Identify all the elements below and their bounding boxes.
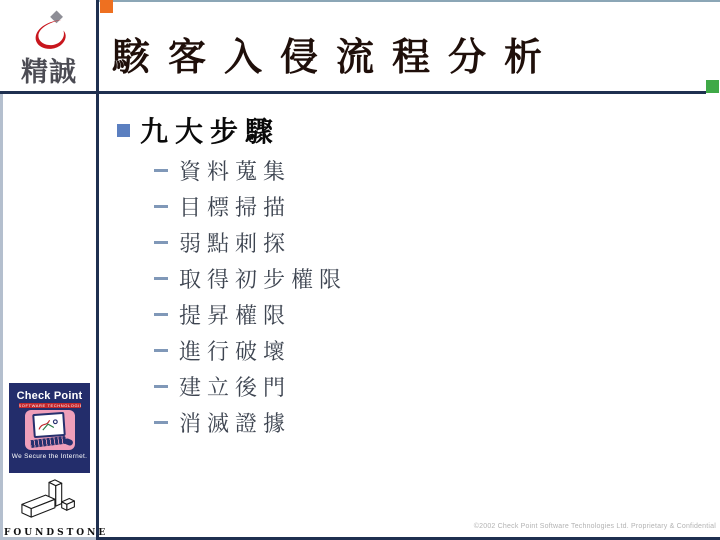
dash-bullet-icon <box>154 205 168 208</box>
step-label: 消滅證據 <box>179 407 291 438</box>
list-item: 提昇權限 <box>154 296 347 332</box>
step-label: 取得初步權限 <box>179 263 347 294</box>
section-heading: 九大步驟 <box>140 110 280 150</box>
copyright-text: ©2002 Check Point Software Technologies … <box>474 523 716 530</box>
checkpoint-brand-text: Check Point <box>9 390 90 402</box>
checkpoint-tagline: We Secure the Internet. <box>9 453 90 460</box>
orange-accent-square <box>100 0 113 13</box>
list-item: 目標掃描 <box>154 188 347 224</box>
step-label: 提昇權限 <box>179 299 291 330</box>
monitor-doodle-icon <box>34 414 63 436</box>
foundstone-brand-text: FOUNDSTONE <box>4 528 94 538</box>
steps-list: 資料蒐集 目標掃描 弱點刺探 取得初步權限 提昇權限 進行破壞 建立後門 消滅證… <box>154 152 347 440</box>
systex-swoosh-icon <box>15 4 83 60</box>
sidebar-panel <box>0 94 96 540</box>
dash-bullet-icon <box>154 385 168 388</box>
dash-bullet-icon <box>154 241 168 244</box>
step-label: 弱點刺探 <box>179 227 291 258</box>
list-item: 弱點刺探 <box>154 224 347 260</box>
dash-bullet-icon <box>154 313 168 316</box>
green-accent-square <box>706 80 719 93</box>
dash-bullet-icon <box>154 169 168 172</box>
list-item: 資料蒐集 <box>154 152 347 188</box>
systex-logo: 精誠 <box>4 4 94 90</box>
checkpoint-subbrand-text: SOFTWARE TECHNOLOGIES LTD. <box>19 403 81 408</box>
checkpoint-illustration <box>25 410 75 450</box>
vertical-divider-line <box>96 0 99 540</box>
list-item: 進行破壞 <box>154 332 347 368</box>
page-title: 駭客入侵流程分析 <box>112 26 560 81</box>
step-label: 資料蒐集 <box>179 155 291 186</box>
slide: { "slide": { "title": "駭客入侵流程分析", "headi… <box>0 0 720 540</box>
systex-logo-text: 精誠 <box>4 59 94 86</box>
step-label: 進行破壞 <box>179 335 291 366</box>
title-underline <box>0 91 706 94</box>
dash-bullet-icon <box>154 421 168 424</box>
checkpoint-logo: Check Point SOFTWARE TECHNOLOGIES LTD. W… <box>9 383 90 473</box>
list-item: 建立後門 <box>154 368 347 404</box>
list-item: 取得初步權限 <box>154 260 347 296</box>
step-label: 建立後門 <box>179 371 291 402</box>
list-item: 消滅證據 <box>154 404 347 440</box>
foundstone-blocks-icon <box>11 479 87 523</box>
step-label: 目標掃描 <box>179 191 291 222</box>
top-border-line <box>96 0 720 2</box>
dash-bullet-icon <box>154 349 168 352</box>
mouse-icon <box>63 438 74 447</box>
foundstone-logo: FOUNDSTONE <box>4 479 94 538</box>
dash-bullet-icon <box>154 277 168 280</box>
square-bullet-icon <box>117 124 130 137</box>
monitor-icon <box>32 412 66 438</box>
